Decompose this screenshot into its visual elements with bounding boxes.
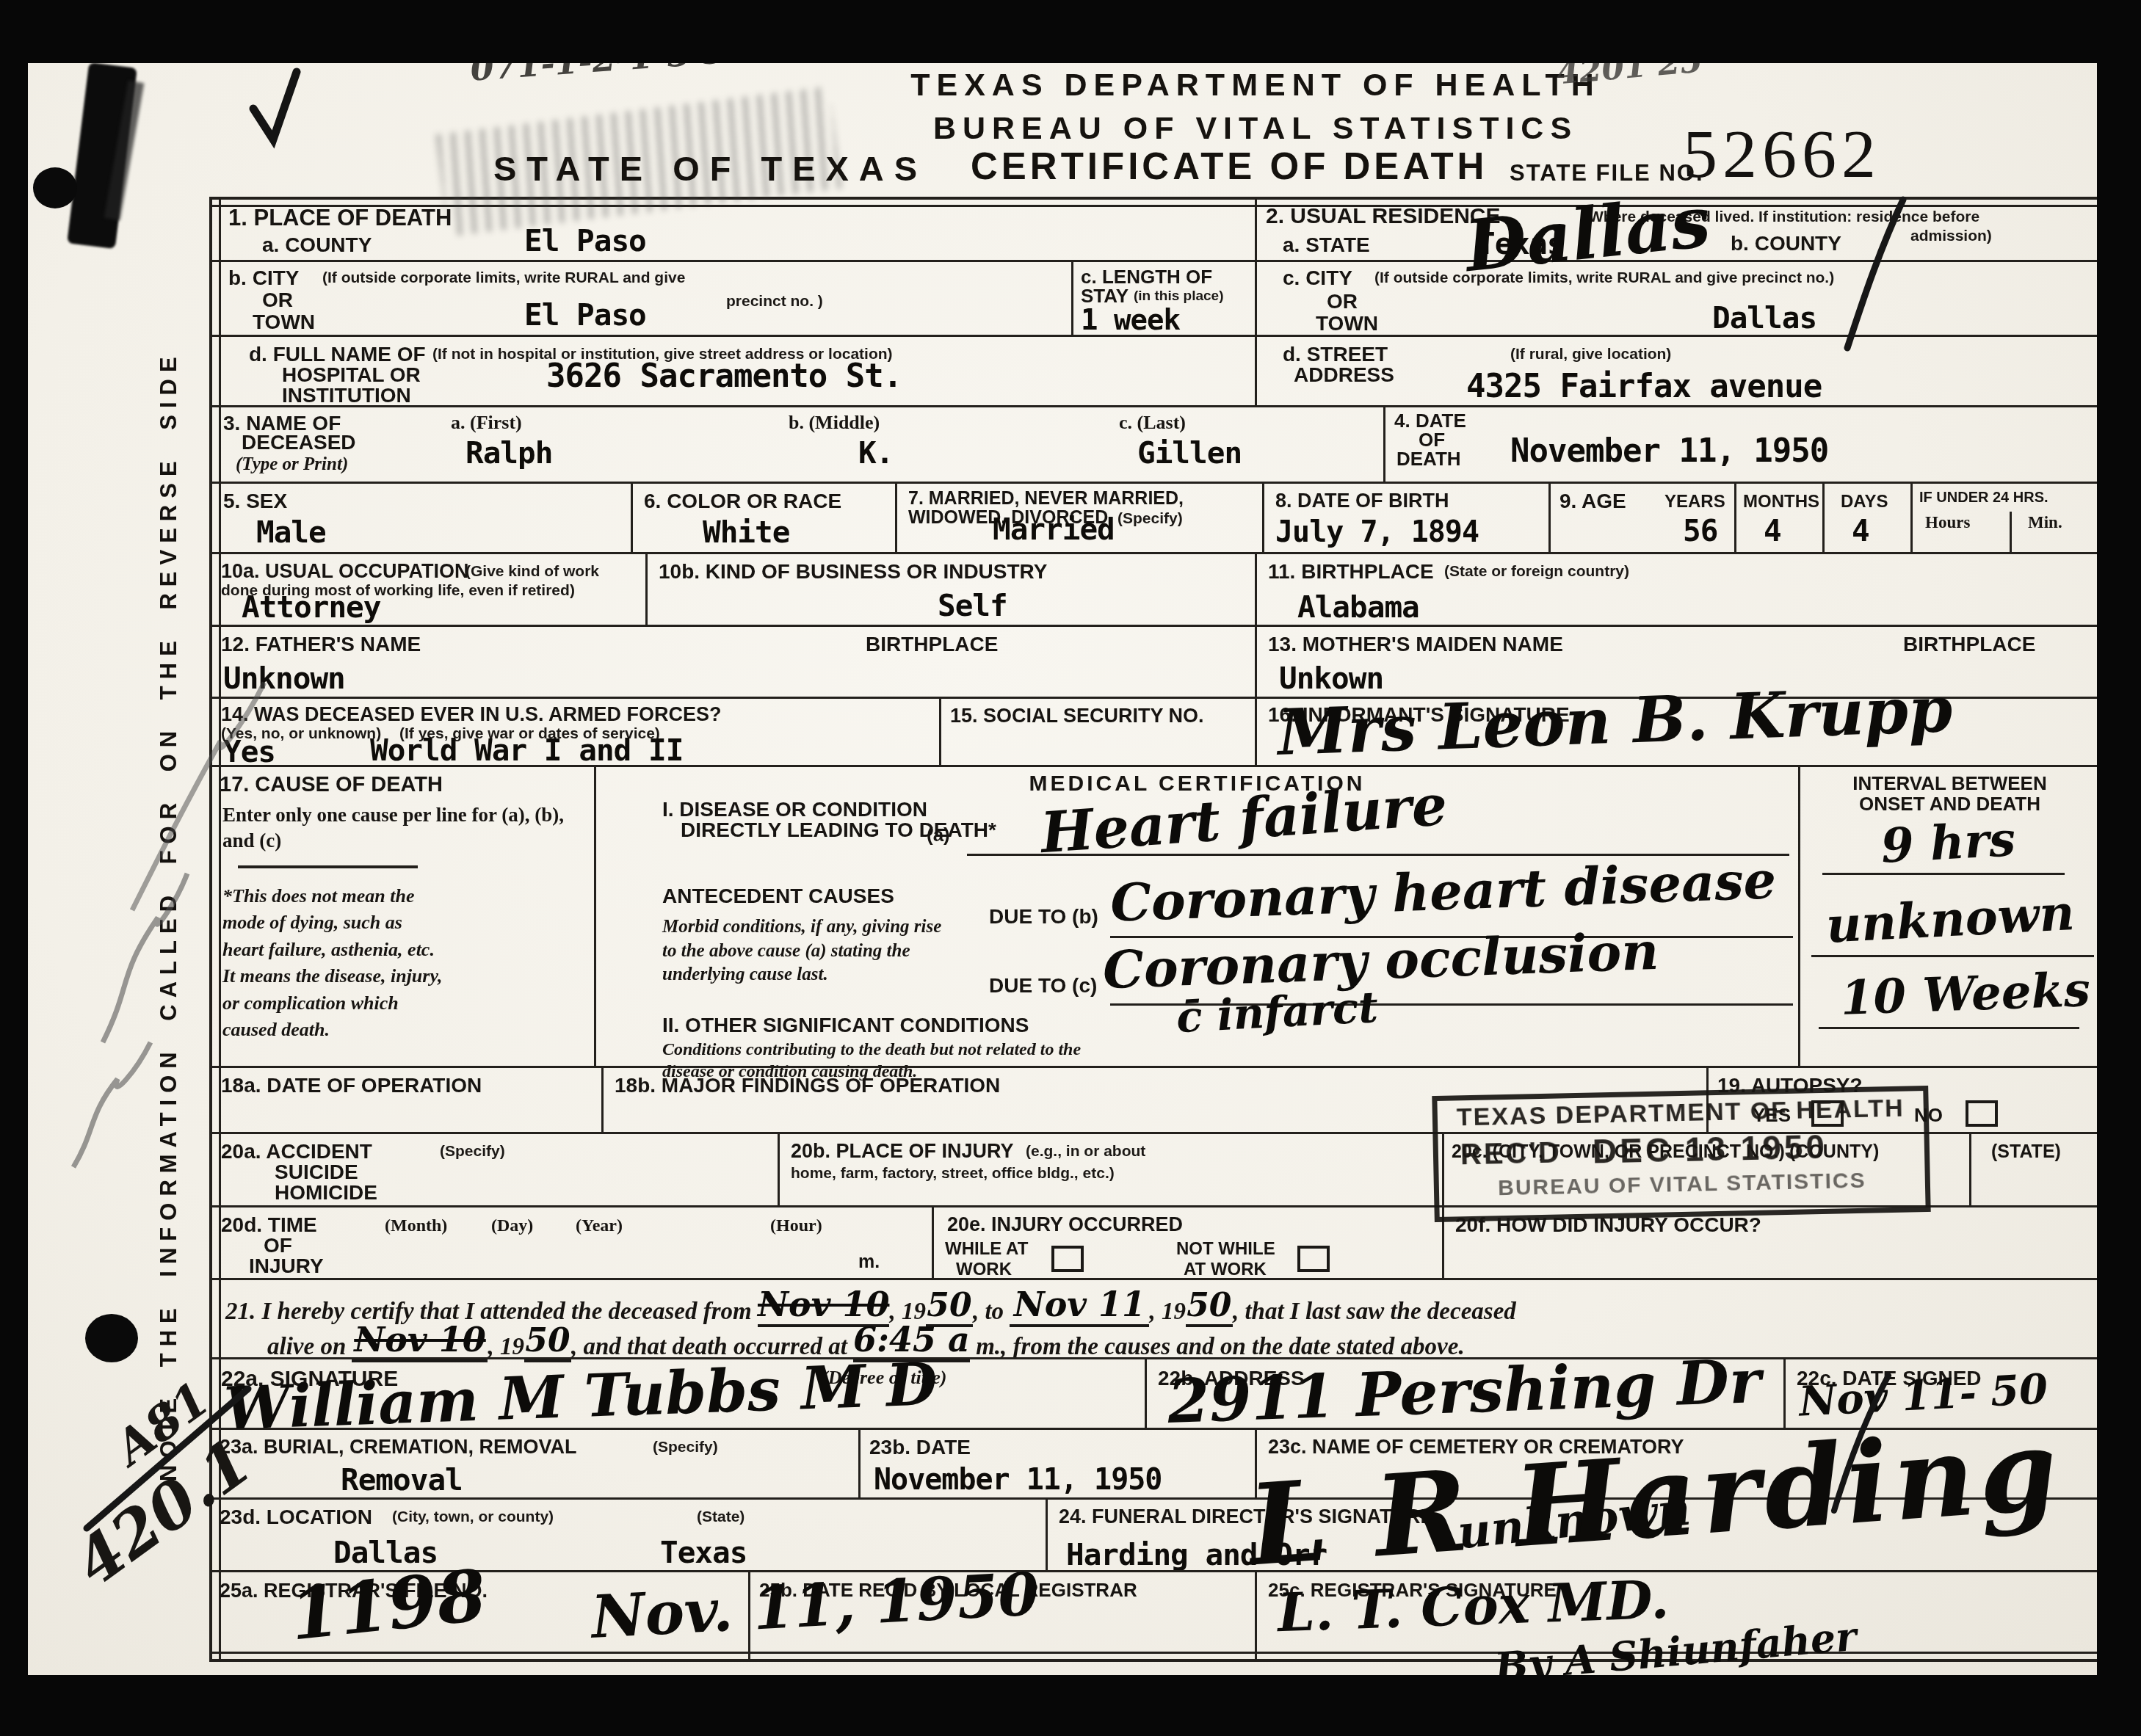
time-injury-label2: OF [264, 1234, 292, 1257]
state-file-number: 52662 [1683, 115, 1881, 194]
death-certificate-scan: NOTE THE INFORMATION CALLED FOR ON THE R… [0, 0, 2141, 1736]
mother-birthplace-label: BIRTHPLACE [1903, 633, 2035, 655]
certify-p6: m., from the causes and on the date stat… [976, 1334, 1464, 1360]
age-divider-1 [1734, 484, 1736, 554]
time-year-label: (Year) [576, 1215, 623, 1238]
cell-length-of-stay: c. LENGTH OF STAY (in this place) 1 week [1071, 262, 1255, 337]
street-label1: d. STREET [1283, 343, 1388, 366]
location-state-value: Texas [660, 1538, 747, 1568]
time-day-label: (Day) [491, 1215, 533, 1238]
stay-hint: (in this place) [1134, 288, 1223, 304]
middle-name-value: K. [858, 438, 893, 468]
cell-date-of-operation: 18a. DATE OF OPERATION [212, 1068, 601, 1134]
suicide-label: SUICIDE [275, 1161, 358, 1183]
marital-label1: 7. MARRIED, NEVER MARRIED, [908, 488, 1184, 509]
header-state-of-texas: STATE OF TEXAS [493, 148, 927, 189]
cell-hospital: d. FULL NAME OF (If not in hospital or i… [212, 337, 1255, 407]
mother-label: 13. MOTHER'S MAIDEN NAME [1268, 633, 1563, 655]
place-of-death-title: 1. PLACE OF DEATH [228, 206, 452, 231]
forces-detail: World War I and II [370, 736, 683, 766]
usual-residence-hint2: admission) [1910, 228, 1992, 245]
certify-year2: 50 [1186, 1287, 1233, 1327]
time-hour-label: (Hour) [770, 1215, 822, 1238]
cell-injury-occurred: 20e. INJURY OCCURRED WHILE AT WORK NOT W… [932, 1207, 1442, 1280]
cell-birthplace: 11. BIRTHPLACE (State or foreign country… [1255, 554, 2099, 627]
dob-value: July 7, 1894 [1275, 517, 1479, 547]
cell-place-of-death: 1. PLACE OF DEATH a. COUNTY El Paso [212, 200, 1255, 260]
age-divider-3 [1910, 484, 1913, 554]
film-bar-top [0, 0, 2141, 63]
major-findings-label: 18b. MAJOR FINDINGS OF OPERATION [615, 1074, 1000, 1097]
accident-hint: (Specify) [440, 1143, 505, 1161]
not-while-label: NOT WHILE [1176, 1240, 1275, 1260]
cell-residence-city: c. CITY (If outside corporate limits, wr… [1255, 262, 2099, 337]
row-certify-statement: 21. I hereby certify that I attended the… [212, 1278, 2099, 1359]
cell-race: 6. COLOR OR RACE White [631, 484, 895, 554]
film-bar-bottom [0, 1675, 2141, 1736]
race-label: 6. COLOR OR RACE [644, 490, 841, 512]
father-label: 12. FATHER'S NAME [221, 633, 421, 655]
due-c-label: DUE TO (c) [989, 974, 1097, 997]
first-name-label: a. (First) [451, 410, 522, 435]
age-under24-label: IF UNDER 24 HRS. [1919, 490, 2048, 506]
row-name-dod: 3. NAME OF DECEASED (Type or Print) a. (… [212, 405, 2099, 484]
cell-medical-certification: MEDICAL CERTIFICATION I. DISEASE OR COND… [594, 767, 1798, 1068]
location-hint: (City, town, or county) [392, 1508, 554, 1526]
interval-b-line [1811, 955, 2094, 957]
certify-p4: alive on [267, 1334, 346, 1360]
stay-value: 1 week [1081, 306, 1180, 335]
age-hours-label: Hours [1925, 512, 1970, 534]
morbid-hint: Morbid conditions, if any, giving rise t… [662, 915, 956, 987]
cell-marital: 7. MARRIED, NEVER MARRIED, WIDOWED, DIVO… [895, 484, 1262, 554]
residence-city-label: c. CITY [1283, 266, 1352, 289]
location-label: 23d. LOCATION [220, 1506, 372, 1528]
row-cause-of-death: 17. CAUSE OF DEATH Enter only one cause … [212, 765, 2099, 1068]
stamp-date: DEC 13 1950 [1592, 1127, 1827, 1172]
cell-interval: INTERVAL BETWEEN ONSET AND DEATH 9 hrs u… [1798, 767, 2099, 1068]
certify-19c: , 19 [488, 1334, 524, 1360]
cell-burial-date: 23b. DATE November 11, 1950 [858, 1430, 1255, 1500]
state-label: a. STATE [1283, 233, 1370, 256]
marital-value: Married [993, 515, 1115, 545]
time-injury-label3: INJURY [249, 1254, 324, 1277]
middle-name-label: b. (Middle) [789, 410, 880, 435]
city-or: OR [262, 288, 293, 311]
cause-note1: Enter only one cause per line for (a), (… [222, 802, 575, 854]
name-title2: DECEASED [242, 431, 356, 454]
sex-value: Male [256, 517, 326, 548]
injury-state-divider [1969, 1134, 1971, 1207]
burial-value: Removal [341, 1465, 463, 1495]
occupation-hint: (Give kind of work [465, 563, 599, 581]
forces-label: 14. WAS DECEASED EVER IN U.S. ARMED FORC… [221, 703, 722, 725]
cell-place-of-injury: 20b. PLACE OF INJURY (e.g., in or about … [778, 1134, 1442, 1207]
stamp-recd: REC'D [1460, 1136, 1562, 1172]
place-of-injury-label: 20b. PLACE OF INJURY [791, 1140, 1014, 1162]
cell-sex: 5. SEX Male [212, 484, 631, 554]
cell-cause-notes: 17. CAUSE OF DEATH Enter only one cause … [212, 767, 594, 1068]
hospital-label1: d. FULL NAME OF [249, 343, 426, 366]
injury-state-label: (STATE) [1991, 1141, 2061, 1162]
row-occupation: 10a. USUAL OCCUPATION (Give kind of work… [212, 552, 2099, 627]
burial-date-label: 23b. DATE [869, 1436, 971, 1459]
cell-ssn: 15. SOCIAL SECURITY NO. [939, 699, 1255, 767]
marital-hint: (Specify) [1117, 510, 1183, 528]
name-title3: (Type or Print) [236, 453, 348, 477]
certify-p3: , that I last saw the deceased [1233, 1299, 1516, 1325]
film-bar-right [2097, 0, 2141, 1736]
cell-accident: 20a. ACCIDENT SUICIDE HOMICIDE (Specify) [212, 1134, 778, 1207]
row-sex-race-age: 5. SEX Male 6. COLOR OR RACE White 7. MA… [212, 482, 2099, 554]
injury-occurred-label: 20e. INJURY OCCURRED [947, 1213, 1183, 1235]
age-years-value: 56 [1683, 516, 1717, 546]
cause-label: 17. CAUSE OF DEATH [220, 773, 443, 796]
cell-city-of-death: b. CITY (If outside corporate limits, wr… [212, 262, 1071, 337]
film-bar-left [0, 0, 28, 1736]
not-while-at-work-checkbox [1297, 1246, 1330, 1272]
age-divider-4 [2010, 512, 2012, 554]
ssn-label: 15. SOCIAL SECURITY NO. [950, 705, 1204, 727]
at-work-label: AT WORK [1184, 1260, 1267, 1280]
birthplace-value: Alabama [1297, 592, 1419, 622]
age-years-label: YEARS [1664, 493, 1725, 512]
cell-dob: 8. DATE OF BIRTH July 7, 1894 [1262, 484, 1548, 554]
city-town: TOWN [253, 310, 315, 333]
cell-armed-forces: 14. WAS DECEASED EVER IN U.S. ARMED FORC… [212, 699, 939, 767]
stamp-line1: TEXAS DEPARTMENT OF HEALTH [1438, 1094, 1924, 1133]
father-birthplace-label: BIRTHPLACE [866, 633, 998, 655]
race-value: White [703, 517, 789, 548]
while-at-label: WHILE AT [945, 1240, 1028, 1260]
time-m-label: m. [858, 1252, 880, 1272]
age-months-value: 4 [1764, 516, 1781, 546]
certify-year3: 50 [524, 1322, 571, 1362]
antecedent-label: ANTECEDENT CAUSES [662, 885, 894, 907]
hospital-value: 3626 Sacramento St. [546, 360, 902, 393]
date-of-operation-label: 18a. DATE OF OPERATION [221, 1074, 482, 1097]
cause-c2-handwriting: c̄ infarct [1175, 982, 1379, 1042]
mother-value: Unkown [1279, 664, 1383, 694]
interval-c-line [1819, 1027, 2079, 1029]
hospital-label2: HOSPITAL OR [282, 363, 421, 386]
birthplace-hint: (State or foreign country) [1444, 563, 1629, 581]
cell-age: 9. AGE YEARS 56 MONTHS 4 DAYS 4 IF UNDER… [1548, 484, 2099, 554]
dob-label: 8. DATE OF BIRTH [1275, 490, 1449, 512]
row-injury-time: 20d. TIME OF INJURY (Month) (Day) (Year)… [212, 1205, 2099, 1280]
county-label: a. COUNTY [262, 233, 372, 256]
residence-town: TOWN [1316, 312, 1378, 335]
ink-blot-lower [85, 1314, 138, 1362]
cause-c-handwriting: Coronary occlusion [1102, 920, 1660, 1000]
forces-answer: Yes [223, 737, 275, 767]
work-label: WORK [956, 1260, 1012, 1280]
business-label: 10b. KIND OF BUSINESS OR INDUSTRY [659, 560, 1047, 583]
hospital-label3: INSTITUTION [282, 384, 411, 407]
city-value: El Paso [524, 300, 646, 330]
interval-a-line [1822, 873, 2065, 875]
cell-location: 23d. LOCATION (City, town, or county) (S… [212, 1500, 1046, 1572]
row-hospital-street: d. FULL NAME OF (If not in hospital or i… [212, 335, 2099, 407]
age-months-label: MONTHS [1743, 493, 1819, 512]
cause-note-divider [238, 865, 418, 868]
homicide-label: HOMICIDE [275, 1181, 377, 1204]
header-department: TEXAS DEPARTMENT OF HEALTH [844, 68, 1667, 103]
city-label: b. CITY [228, 266, 299, 289]
interval-c-value: 10 Weeks [1840, 962, 2091, 1026]
header-certificate-title: CERTIFICATE OF DEATH [971, 145, 1488, 188]
father-value: Unknown [223, 664, 345, 694]
interval-a-value: 9 hrs [1880, 812, 2017, 874]
last-name-value: Gillen [1137, 438, 1242, 468]
cell-street-address: d. STREET ADDRESS (If rural, give locati… [1255, 337, 2099, 407]
age-days-label: DAYS [1841, 493, 1888, 512]
county-value: El Paso [524, 226, 646, 256]
stamp-line3: BUREAU OF VITAL STATISTICS [1439, 1167, 1926, 1202]
residence-city-value: Dallas [1712, 303, 1816, 333]
due-b-label: DUE TO (b) [989, 905, 1098, 928]
age-label: 9. AGE [1559, 490, 1626, 512]
certify-p1: 21. I hereby certify that I attended the… [225, 1299, 752, 1325]
certify-alive-date: Nov 10 [352, 1320, 488, 1362]
certify-p2: , to [973, 1299, 1004, 1325]
street-value: 4325 Fairfax avenue [1466, 371, 1822, 403]
cause-note2: *This does not mean the mode of dying, s… [222, 883, 443, 1043]
certify-to-date: Nov 11 [1010, 1285, 1149, 1327]
interval-b-value: unknown [1825, 884, 2076, 954]
disease-label1: I. DISEASE OR CONDITION [662, 798, 927, 821]
cause-a-label: (a) [927, 824, 950, 846]
street-hint: (If rural, give location) [1510, 346, 1671, 363]
header-bureau: BUREAU OF VITAL STATISTICS [844, 111, 1667, 147]
accident-label: 20a. ACCIDENT [221, 1140, 372, 1163]
location-state-hint: (State) [697, 1508, 745, 1526]
cell-burial: 23a. BURIAL, CREMATION, REMOVAL (Specify… [212, 1430, 858, 1500]
time-injury-label1: 20d. TIME [221, 1213, 317, 1236]
burial-hint: (Specify) [653, 1439, 718, 1456]
age-min-label: Min. [2028, 512, 2062, 534]
interval-label1: INTERVAL BETWEEN [1800, 773, 2099, 794]
time-month-label: (Month) [385, 1215, 447, 1238]
row-city-stay: b. CITY (If outside corporate limits, wr… [212, 260, 2099, 337]
ink-blot-upper [33, 167, 77, 208]
autopsy-no-checkbox [1966, 1100, 1998, 1127]
last-name-label: c. (Last) [1119, 410, 1186, 435]
dod-value: November 11, 1950 [1510, 435, 1828, 468]
cell-business: 10b. KIND OF BUSINESS OR INDUSTRY Self [645, 554, 1255, 627]
certify-19b: , 19 [1149, 1299, 1186, 1325]
residence-county-label: b. COUNTY [1731, 232, 1841, 255]
age-days-value: 4 [1852, 516, 1869, 546]
cause-b-handwriting: Coronary heart disease [1109, 849, 1778, 934]
residence-or: OR [1327, 290, 1358, 313]
place-of-injury-hint2: home, farm, factory, street, office bldg… [791, 1165, 1115, 1183]
margin-note-vertical: NOTE THE INFORMATION CALLED FOR ON THE R… [156, 233, 182, 1481]
interval-label2: ONSET AND DEATH [1800, 793, 2099, 815]
age-divider-2 [1822, 484, 1825, 554]
cell-name-of-deceased: 3. NAME OF DECEASED (Type or Print) a. (… [212, 407, 1383, 484]
other-conditions-label: II. OTHER SIGNIFICANT CONDITIONS [662, 1014, 1029, 1036]
received-stamp: TEXAS DEPARTMENT OF HEALTH REC'D DEC 13 … [1432, 1086, 1930, 1222]
while-at-work-checkbox [1051, 1246, 1084, 1272]
first-name-value: Ralph [465, 438, 552, 468]
place-of-injury-hint: (e.g., in or about [1026, 1143, 1145, 1161]
cell-occupation: 10a. USUAL OCCUPATION (Give kind of work… [212, 554, 645, 627]
business-value: Self [938, 591, 1007, 621]
sex-label: 5. SEX [223, 490, 287, 512]
dod-label3: DEATH [1396, 448, 1461, 470]
cell-date-of-death: 4. DATE OF DEATH November 11, 1950 [1383, 407, 2099, 484]
cell-father: 12. FATHER'S NAME BIRTHPLACE Unknown [212, 627, 1255, 699]
occupation-label: 10a. USUAL OCCUPATION [221, 560, 469, 582]
cell-time-of-injury: 20d. TIME OF INJURY (Month) (Day) (Year)… [212, 1207, 932, 1280]
occupation-value: Attorney [242, 592, 380, 622]
city-hint: (If outside corporate limits, write RURA… [322, 269, 685, 287]
burial-date-value: November 11, 1950 [874, 1465, 1162, 1495]
street-label2: ADDRESS [1294, 363, 1394, 386]
city-hint2: precinct no. ) [726, 293, 823, 310]
birthplace-label: 11. BIRTHPLACE [1268, 560, 1434, 583]
